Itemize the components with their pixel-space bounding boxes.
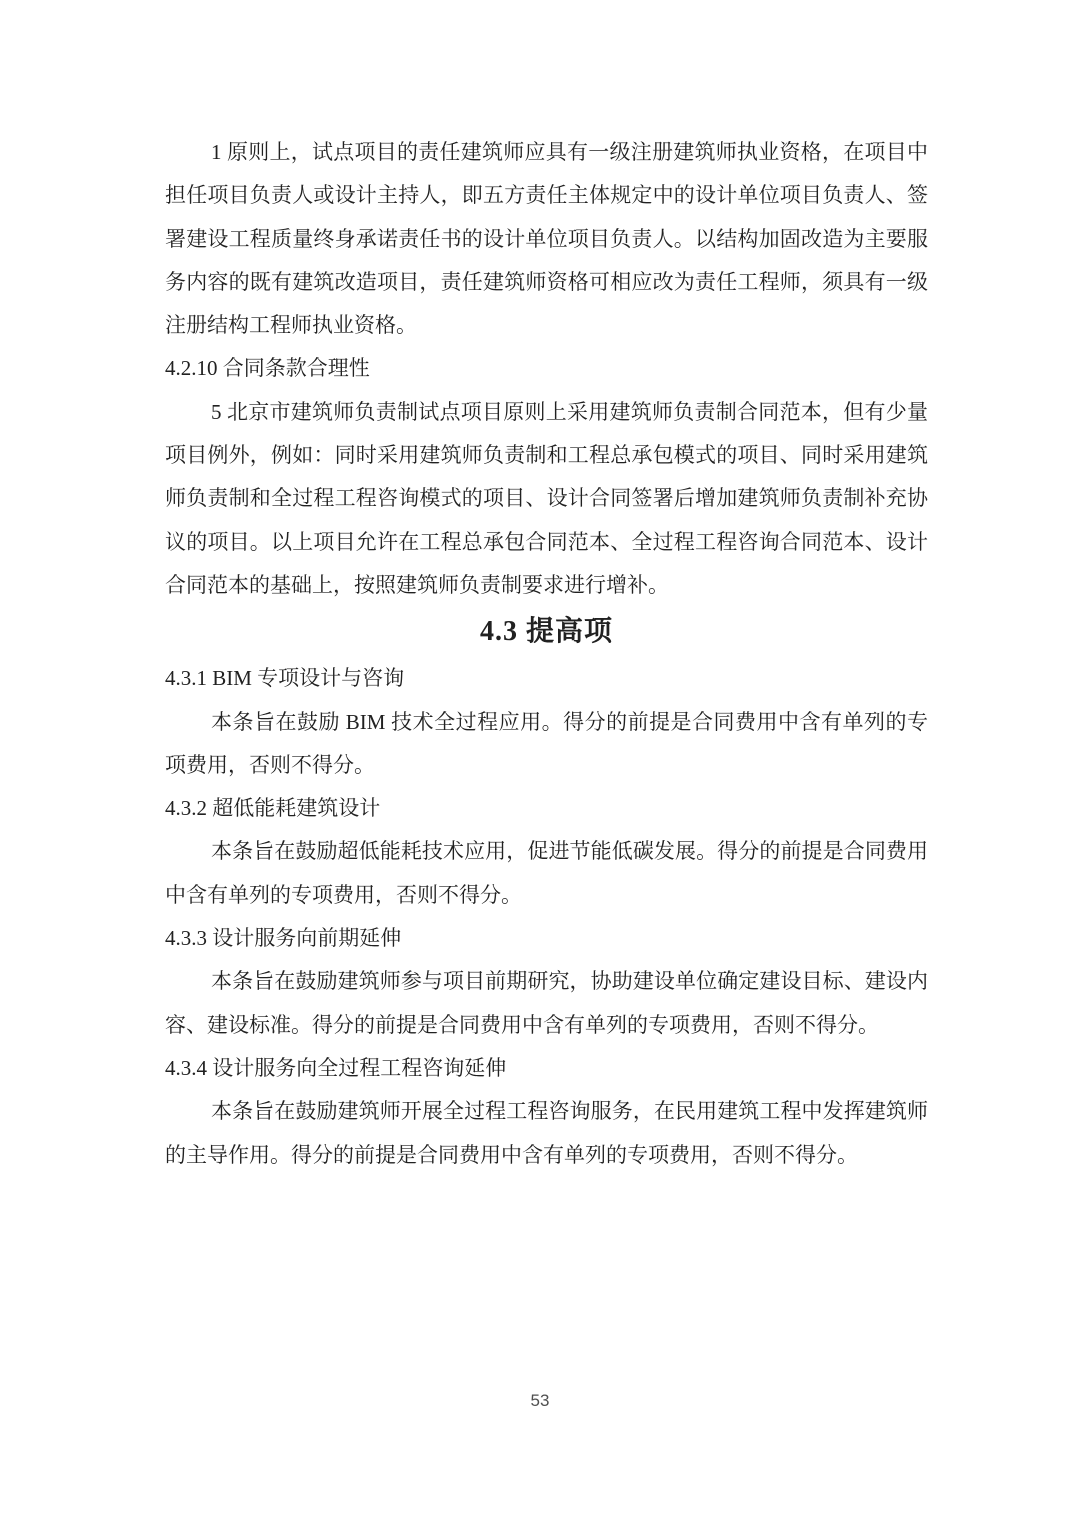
heading-4-3-1-bim: 4.3.1 BIM 专项设计与咨询 (165, 657, 928, 700)
heading-4-3-bonus-items: 4.3 提高项 (165, 607, 928, 657)
heading-4-3-2-ultra-low-energy: 4.3.2 超低能耗建筑设计 (165, 787, 928, 830)
paragraph-4-3-4-whole-process-consulting: 本条旨在鼓励建筑师开展全过程工程咨询服务，在民用建筑工程中发挥建筑师的主导作用。… (165, 1090, 928, 1177)
paragraph-4-3-1-bim: 本条旨在鼓励 BIM 技术全过程应用。得分的前提是合同费用中含有单列的专项费用，… (165, 701, 928, 788)
paragraph-4-3-2-ultra-low-energy: 本条旨在鼓励超低能耗技术应用，促进节能低碳发展。得分的前提是合同费用中含有单列的… (165, 830, 928, 917)
heading-4-3-3-early-stage-extension: 4.3.3 设计服务向前期延伸 (165, 917, 928, 960)
heading-4-3-4-whole-process-consulting: 4.3.4 设计服务向全过程工程咨询延伸 (165, 1047, 928, 1090)
paragraph-contract-template: 5 北京市建筑师负责制试点项目原则上采用建筑师负责制合同范本，但有少量项目例外，… (165, 391, 928, 607)
paragraph-architect-qualification: 1 原则上，试点项目的责任建筑师应具有一级注册建筑师执业资格，在项目中担任项目负… (165, 131, 928, 347)
page-content: 1 原则上，试点项目的责任建筑师应具有一级注册建筑师执业资格，在项目中担任项目负… (165, 131, 928, 1177)
paragraph-4-3-3-early-stage-extension: 本条旨在鼓励建筑师参与项目前期研究，协助建设单位确定建设目标、建设内容、建设标准… (165, 960, 928, 1047)
page-footer: 53 (0, 1390, 1080, 1412)
page-number: 53 (531, 1391, 550, 1410)
document-page: 1 原则上，试点项目的责任建筑师应具有一级注册建筑师执业资格，在项目中担任项目负… (0, 0, 1080, 1527)
heading-4-2-10-contract-terms: 4.2.10 合同条款合理性 (165, 347, 928, 390)
